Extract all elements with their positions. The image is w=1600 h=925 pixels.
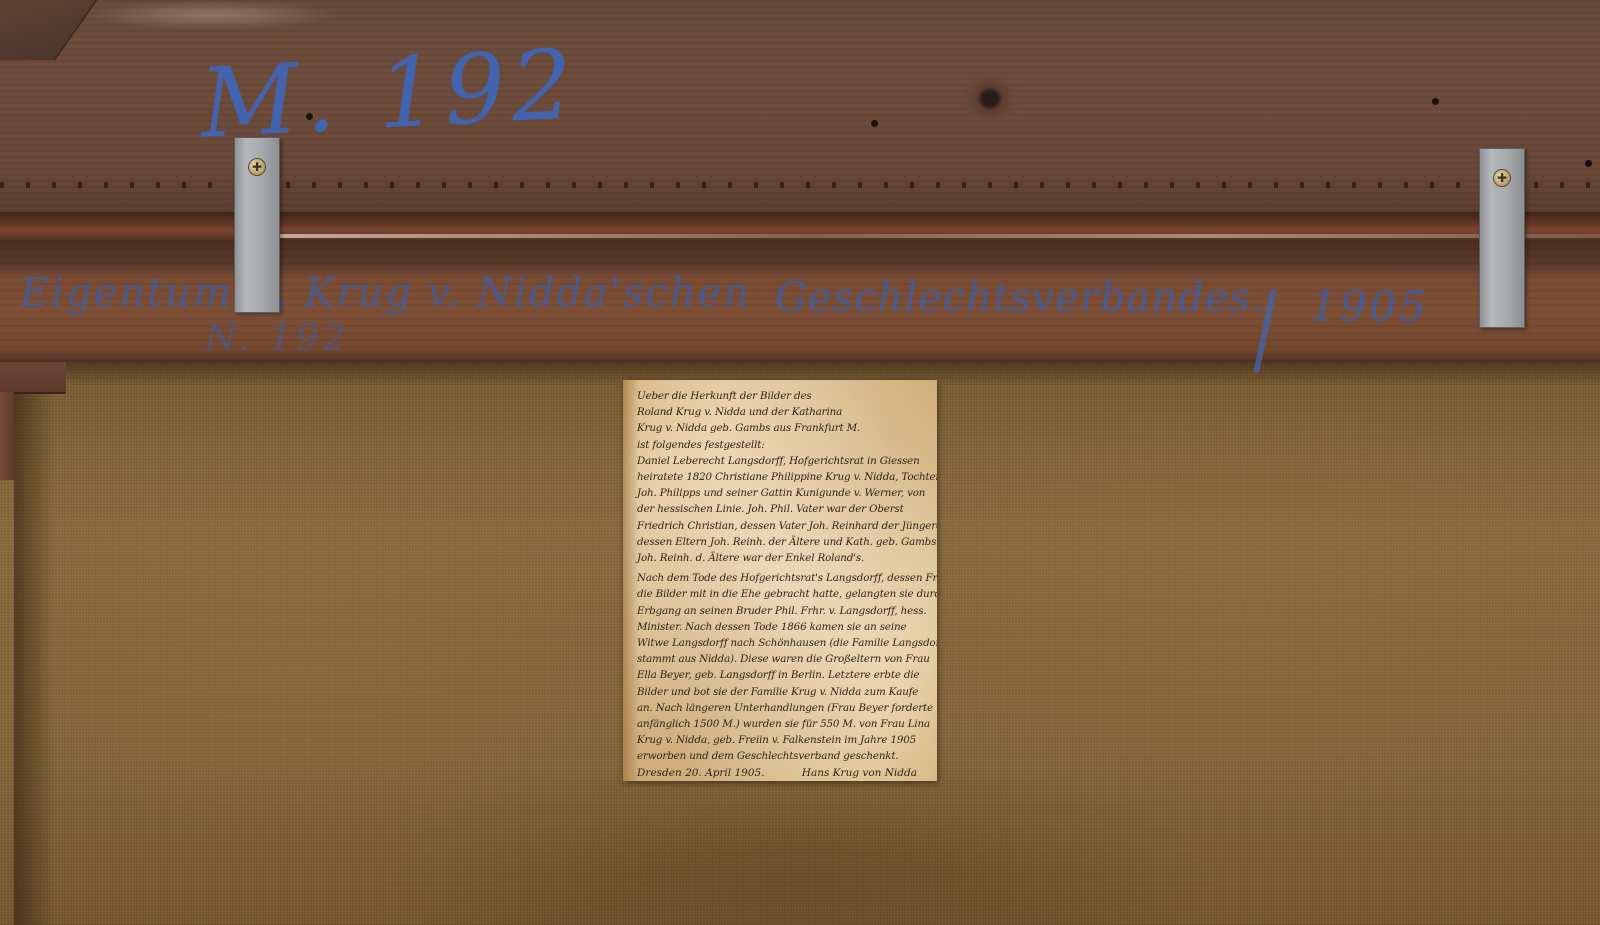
note-line: Krug v. Nidda geb. Gambs aus Frankfurt M… bbox=[637, 420, 929, 436]
paint-residue-stripe bbox=[280, 234, 1600, 238]
wood-knot bbox=[960, 70, 1020, 122]
note-line: erworben und dem Geschlechtsverband gesc… bbox=[637, 748, 929, 764]
note-line: Nach dem Tode des Hofgerichtsrat's Langs… bbox=[637, 570, 929, 586]
stretcher-joint-vertical bbox=[0, 392, 14, 480]
nail-hole bbox=[871, 120, 878, 127]
note-line: Roland Krug v. Nidda und der Katharina bbox=[637, 404, 929, 420]
screw-icon: ✚ bbox=[248, 158, 266, 176]
note-line: der hessischen Linie. Joh. Phil. Vater w… bbox=[637, 501, 929, 517]
note-paragraph-2: Nach dem Tode des Hofgerichtsrat's Langs… bbox=[637, 570, 929, 764]
provenance-note: Ueber die Herkunft der Bilder des Roland… bbox=[623, 380, 937, 781]
inscription-year: 1905 bbox=[1310, 282, 1429, 331]
note-line: Erbgang an seinen Bruder Phil. Frhr. v. … bbox=[637, 603, 929, 619]
note-line: Joh. Philipps und seiner Gattin Kunigund… bbox=[637, 485, 929, 501]
note-place-date: Dresden 20. April 1905. bbox=[637, 767, 765, 779]
note-line: an. Nach längeren Unterhandlungen (Frau … bbox=[637, 700, 929, 716]
note-line: Krug v. Nidda, geb. Freiin v. Falkenstei… bbox=[637, 732, 929, 748]
note-line: Bilder und bot sie der Familie Krug v. N… bbox=[637, 684, 929, 700]
note-line: anfänglich 1500 M.) wurden sie für 550 M… bbox=[637, 716, 929, 732]
note-line: Daniel Leberecht Langsdorff, Hofgerichts… bbox=[637, 453, 929, 469]
note-line: heiratete 1820 Christiane Philippine Kru… bbox=[637, 469, 929, 485]
stretcher-joint bbox=[0, 362, 66, 394]
painting-reverse-photo: M. 192 Eigentum d. Krug v. Nidda'schen G… bbox=[0, 0, 1600, 925]
note-line: Ella Beyer, geb. Langsdorff in Berlin. L… bbox=[637, 667, 929, 683]
nail-hole bbox=[1432, 98, 1439, 105]
screw-icon: ✚ bbox=[1493, 169, 1511, 187]
metal-hanging-clip-left: ✚ bbox=[234, 137, 280, 313]
note-line: stammt aus Nidda). Diese waren die Große… bbox=[637, 651, 929, 667]
note-stain bbox=[623, 380, 639, 781]
metal-hanging-clip-right: ✚ bbox=[1479, 148, 1525, 328]
note-line: ist folgendes festgestellt: bbox=[637, 437, 929, 453]
note-footer: Dresden 20. April 1905. Hans Krug von Ni… bbox=[637, 767, 929, 779]
note-line: Witwe Langsdorff nach Schönhausen (die F… bbox=[637, 635, 929, 651]
inscription-association: Geschlechtsverbandes. bbox=[775, 275, 1265, 321]
canvas-shadow-left bbox=[14, 380, 54, 925]
note-line: Ueber die Herkunft der Bilder des bbox=[637, 388, 929, 404]
note-line: Friedrich Christian, dessen Vater Joh. R… bbox=[637, 518, 929, 534]
note-line: Joh. Reinh. d. Ältere war der Enkel Rola… bbox=[637, 550, 929, 566]
nail-hole bbox=[1585, 160, 1592, 167]
note-line: dessen Eltern Joh. Reinh. der Ältere und… bbox=[637, 534, 929, 550]
inscription-ownership: Eigentum d. Krug v. Nidda'schen bbox=[20, 270, 751, 316]
note-paragraph-1: Ueber die Herkunft der Bilder des Roland… bbox=[637, 388, 929, 566]
note-line: die Bilder mit in die Ehe gebracht hatte… bbox=[637, 586, 929, 602]
plaster-stain bbox=[80, 0, 340, 30]
note-signature: Hans Krug von Nidda bbox=[802, 767, 929, 779]
note-line: Minister. Nach dessen Tode 1866 kamen si… bbox=[637, 619, 929, 635]
inscription-sub-number: N. 192 bbox=[205, 318, 350, 359]
